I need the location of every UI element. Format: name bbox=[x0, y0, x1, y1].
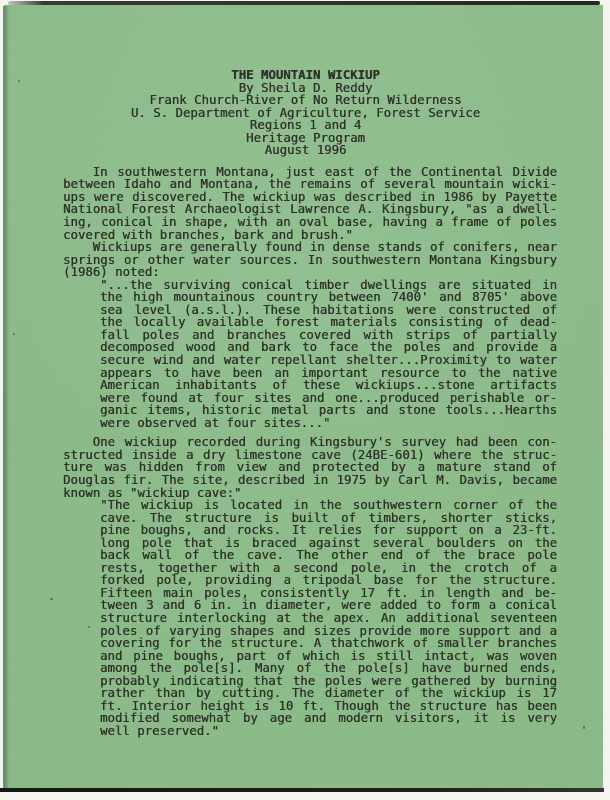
text-line: the high mountainous country between 740… bbox=[100, 291, 557, 304]
title-line: August 1996 bbox=[54, 144, 557, 157]
text-line: well preserved." bbox=[100, 725, 557, 738]
title-line: Frank Church-River of No Return Wilderne… bbox=[54, 94, 557, 107]
paragraph-1: In southwestern Montana, just east of th… bbox=[63, 166, 557, 241]
scan-edge-left bbox=[3, 6, 9, 788]
scanned-document-page: THE MOUNTAIN WICKIUPBy Sheila D. ReddyFr… bbox=[0, 0, 610, 800]
quote-1: "...the surviving conical timber dwellin… bbox=[100, 279, 557, 430]
text-line: One wickiup recorded during Kingsbury's … bbox=[63, 436, 557, 449]
text-line: modified somewhat by age and modern visi… bbox=[100, 712, 557, 725]
scan-speck bbox=[18, 80, 20, 82]
paragraph-3: One wickiup recorded during Kingsbury's … bbox=[63, 436, 557, 499]
text-line: forked pole, providing a tripodal base f… bbox=[100, 574, 557, 587]
scan-speck bbox=[50, 598, 53, 600]
text-line: covering for the structure. A thatchwork… bbox=[100, 637, 557, 650]
text-line: "The wickiup is located in the southwest… bbox=[100, 499, 557, 512]
title-block: THE MOUNTAIN WICKIUPBy Sheila D. ReddyFr… bbox=[54, 69, 557, 157]
document-text: THE MOUNTAIN WICKIUPBy Sheila D. ReddyFr… bbox=[63, 69, 557, 737]
text-line: (1986) noted: bbox=[63, 266, 557, 279]
quote-2: "The wickiup is located in the southwest… bbox=[100, 499, 557, 737]
document-title: THE MOUNTAIN WICKIUP bbox=[54, 69, 557, 82]
title-line: Regions 1 and 4 bbox=[54, 119, 557, 132]
paragraph-2: Wickiups are generally found in dense st… bbox=[63, 241, 557, 279]
text-line: were observed at four sites..." bbox=[100, 417, 557, 430]
text-line: rather than by cutting. The diameter of … bbox=[100, 687, 557, 700]
text-line: Douglas fir. The site, described in 1975… bbox=[63, 474, 557, 487]
scan-edge-top bbox=[8, 1, 600, 5]
scan-speck bbox=[13, 333, 15, 335]
text-line: secure wind and water repellant shelter.… bbox=[100, 354, 557, 367]
scan-edge-bottom bbox=[0, 788, 604, 792]
text-line: among the pole[s]. Many of the pole[s] h… bbox=[100, 662, 557, 675]
text-line: back wall of the cave. The other end of … bbox=[100, 549, 557, 562]
scan-speck bbox=[583, 726, 585, 729]
text-line: ganic items, historic metal parts and st… bbox=[100, 404, 557, 417]
text-line: American inhabitants of these wickiups..… bbox=[100, 379, 557, 392]
text-line: structure interlocking at the apex. An a… bbox=[100, 612, 557, 625]
text-line: ing, conical in shape, with an oval base… bbox=[63, 216, 557, 229]
text-line: pine boughs, and rocks. It relies for su… bbox=[100, 524, 557, 537]
text-line: Wickiups are generally found in dense st… bbox=[63, 241, 557, 254]
